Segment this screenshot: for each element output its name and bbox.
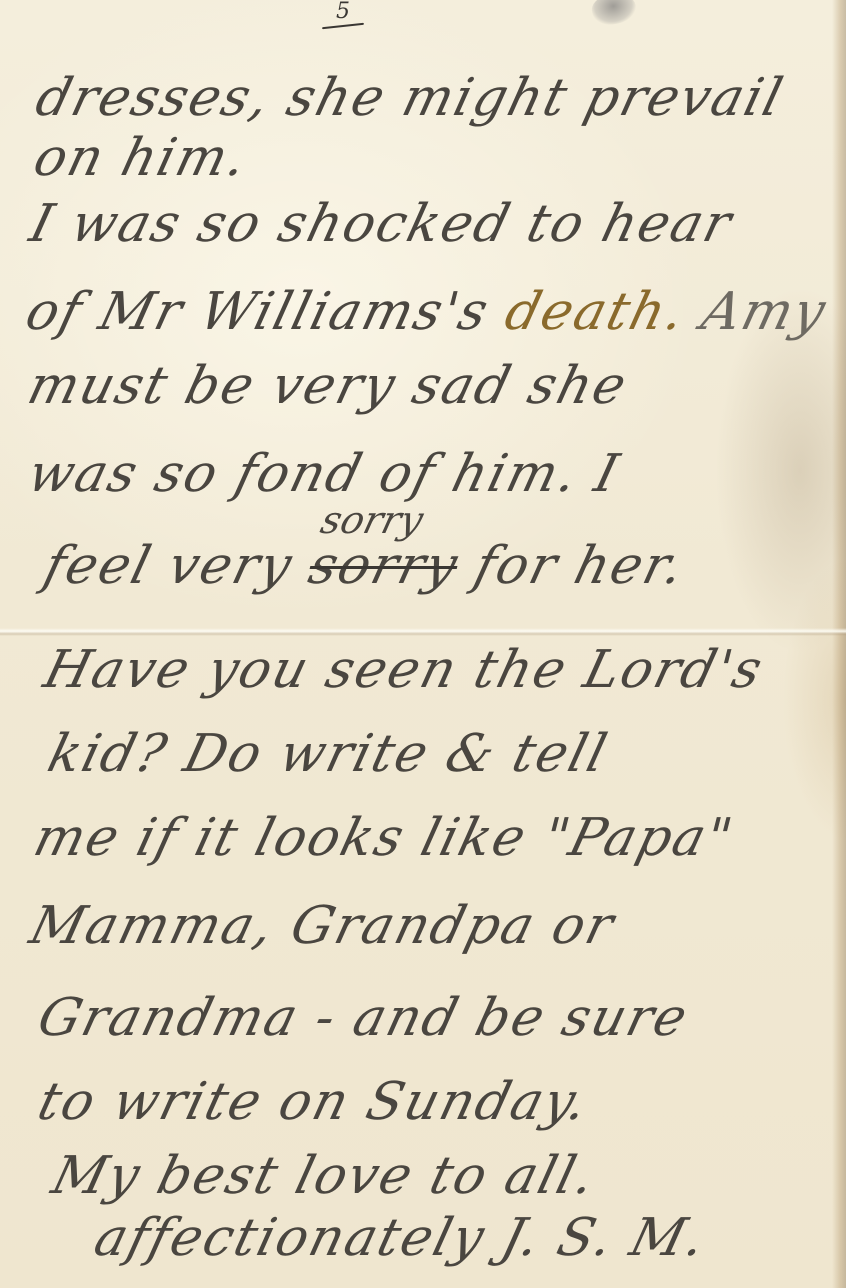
highlighted-word: death. (499, 282, 692, 342)
line-text: of Mr Williams's (20, 282, 514, 342)
line-text: feel very (38, 536, 318, 596)
letter-line: kid? Do write & tell (42, 724, 614, 784)
letter-line: Mamma, Grandpa or (24, 896, 621, 956)
letter-line: feel very sorry for her. (38, 536, 691, 596)
struck-word: sorry (303, 536, 465, 596)
line-text: Amy (677, 282, 833, 342)
signature-closing: affectionately J. S. M. (89, 1208, 713, 1268)
letter-line: of Mr Williams's death. Amy (20, 282, 833, 342)
letter-line: Have you seen the Lord's (38, 640, 770, 700)
letter-line: must be very sad she (22, 356, 634, 416)
letter-line: dresses, she might prevail (30, 68, 790, 128)
line-text: for her. (450, 536, 691, 596)
letter-page: 5 dresses, she might prevail on him. I w… (0, 0, 846, 1288)
letter-line: I was so shocked to hear (24, 194, 739, 254)
letter-line: on him. (28, 128, 254, 188)
letter-line: me if it looks like "Papa" (28, 808, 740, 868)
letter-body: dresses, she might prevail on him. I was… (0, 0, 846, 1288)
letter-line: Grandma - and be sure (32, 988, 695, 1048)
letter-line: to write on Sunday. (32, 1072, 595, 1132)
letter-line: My best love to all. (46, 1146, 602, 1206)
letter-line: was so fond of him. I (22, 444, 626, 504)
